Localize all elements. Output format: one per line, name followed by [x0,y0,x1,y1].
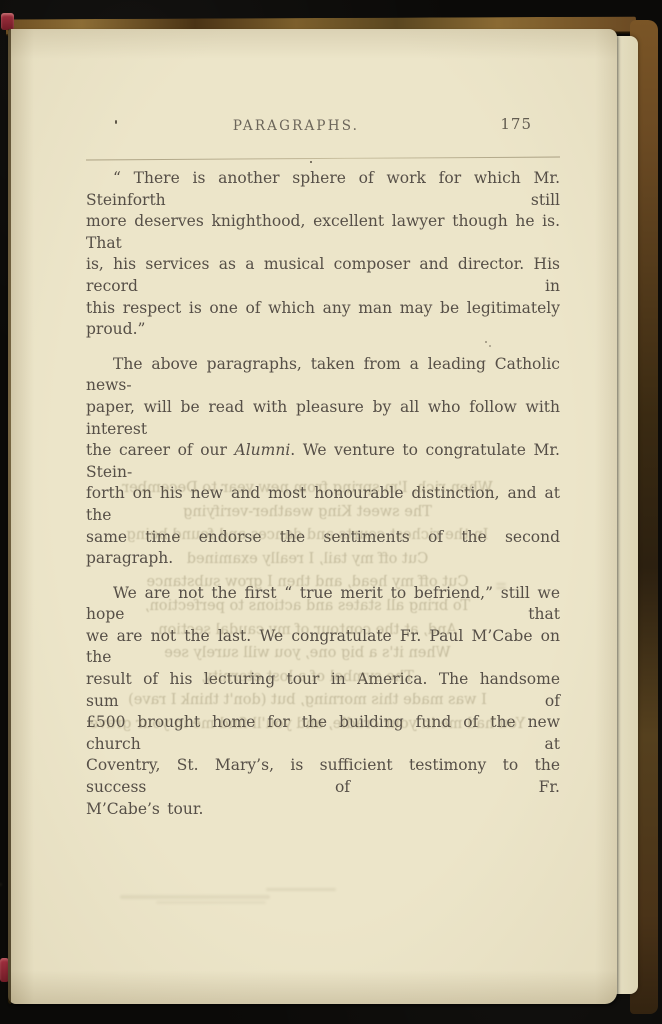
smudge [0,883,2,886]
spine-headband-top [1,13,14,30]
header-rule [86,157,560,161]
header-title: PARAGRAPHS. [86,118,506,134]
book-page: PARAGRAPHS. 175 “ There is another spher… [8,29,617,1004]
smudge [156,901,266,904]
paragraph: We are not the first “ true merit to bef… [86,583,560,821]
paragraph: The above paragraphs, taken from a leadi… [86,354,560,570]
paragraphs: “ There is another sphere of work for wh… [86,168,560,820]
smudge [120,895,270,899]
page-number: 175 [500,115,532,133]
page-content: PARAGRAPHS. 175 “ There is another spher… [8,29,617,1004]
running-header: PARAGRAPHS. 175 [86,29,560,140]
paragraph: “ There is another sphere of work for wh… [86,168,560,341]
photo-background: PARAGRAPHS. 175 “ There is another spher… [0,0,662,1024]
speck [310,161,312,163]
smudge [266,888,336,891]
